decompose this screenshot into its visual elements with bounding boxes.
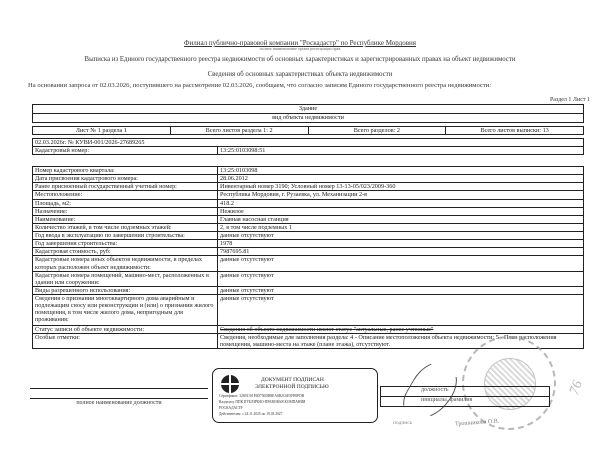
section-sheet-label: Раздел 1 Лист 1 <box>550 97 590 104</box>
row-label: Назначение: <box>33 207 218 215</box>
row-value: 2, в том числе подземных 1 <box>218 223 584 231</box>
signatory-name: инициалы, фамилия <box>380 396 550 407</box>
row-value: данные отсутствуют <box>218 271 584 286</box>
row-value: 28.06.2012 <box>218 175 584 183</box>
table-row: Кадастровые номера помещений, машино-мес… <box>33 271 584 286</box>
row-value: данные отсутствуют <box>218 286 584 294</box>
basis-text: На основании запроса от 02.03.2026, пост… <box>28 82 491 90</box>
table-row: Номер кадастрового квартала:13:25:010309… <box>33 167 584 175</box>
e-sign-line1: ДОКУМЕНТ ПОДПИСАН <box>261 377 324 383</box>
row-value: Республика Мордовия, г. Рузаевка, ул. Ме… <box>218 191 584 199</box>
position-block: полное наименование должности <box>30 388 208 407</box>
row-label: Номер кадастрового квартала: <box>33 167 218 175</box>
row-value: Нежилое <box>218 207 584 215</box>
row-label: Особые отметки: <box>33 334 218 349</box>
table-row: Кадастровая стоимость, руб:7987695.81 <box>33 248 584 256</box>
table-row: Назначение:Нежилое <box>33 207 584 215</box>
table-row: Площадь, м2:418.2 <box>33 199 584 207</box>
request-table: 02.03.2026г. № КУВИ-001/2026-27689265 Ка… <box>32 138 584 155</box>
table-row: Кадастровые номера иных объектов недвижи… <box>33 256 584 271</box>
row-label: Кадастровые номера помещений, машино-мес… <box>33 271 218 286</box>
row-label: Виды разрешенного использования: <box>33 286 218 294</box>
official-stamp <box>462 336 556 430</box>
info-title: Сведения об основных характеристиках объ… <box>0 71 600 79</box>
row-value: Сведения об объекте недвижимости имеют с… <box>218 326 584 334</box>
row-label: Местоположение: <box>33 191 218 199</box>
table-row: Год завершения строительства:1978 <box>33 240 584 248</box>
row-value: данные отсутствуют <box>218 295 584 326</box>
e-sign-line2: ЭЛЕКТРОННОЙ ПОДПИСЬЮ <box>255 384 329 390</box>
sheets-table: Лист № 1 раздела 1 Всего листов раздела … <box>32 126 584 135</box>
row-value: 418.2 <box>218 199 584 207</box>
signature-label: подпись <box>393 420 412 426</box>
table-row: Дата присвоения кадастрового номера:28.0… <box>33 175 584 183</box>
e-sign-owner: Владелец: ППК ПУБЛИЧНО-ПРАВОВАЯ КОМПАНИЯ <box>219 400 305 404</box>
table-row: Виды разрешенного использования:данные о… <box>33 286 584 294</box>
sheet-number: Лист № 1 раздела 1 <box>33 127 171 135</box>
row-label: Сведения о признании многоквартирного до… <box>33 295 218 326</box>
row-value: Главная насосная станция <box>218 215 584 223</box>
row-label: Дата присвоения кадастрового номера: <box>33 175 218 183</box>
table-row: Сведения о признании многоквартирного до… <box>33 295 584 326</box>
cadastral-number-label: Кадастровый номер: <box>33 147 218 155</box>
row-label: Статус записи об объекте недвижимости: <box>33 326 218 334</box>
row-label: Количество этажей, в том числе подземных… <box>33 223 218 231</box>
row-label: Год ввода в эксплуатацию по завершении с… <box>33 232 218 240</box>
table-row: Год ввода в эксплуатацию по завершении с… <box>33 232 584 240</box>
table-row: Статус записи об объекте недвижимости:Св… <box>33 326 584 334</box>
row-label: Кадастровые номера иных объектов недвижи… <box>33 256 218 271</box>
extract-title: Выписка из Единого государственного реес… <box>0 56 600 64</box>
handwritten-page-mark: 76 <box>567 379 587 398</box>
row-label: Кадастровая стоимость, руб: <box>33 248 218 256</box>
object-kind: Здание <box>33 105 584 114</box>
section-sheets-total: Всего листов раздела 1: 2 <box>170 127 308 135</box>
sections-total: Всего разделов: 2 <box>308 127 446 135</box>
row-label: Год завершения строительства: <box>33 240 218 248</box>
row-value: Инвентарный номер 3190; Условный номер 1… <box>218 183 584 191</box>
table-row: Ранее присвоенный государственный учетны… <box>33 183 584 191</box>
signature-logo-icon <box>221 375 239 393</box>
table-row: Местоположение:Республика Мордовия, г. Р… <box>33 191 584 199</box>
table-row: Количество этажей, в том числе подземных… <box>33 223 584 231</box>
signatory-block: должность инициалы, фамилия <box>380 386 550 406</box>
row-label: Ранее присвоенный государственный учетны… <box>33 183 218 191</box>
e-sign-org: РОСКАДАСТР <box>219 406 243 410</box>
organization-subtitle: полное наименование органа регистрации п… <box>0 47 600 52</box>
row-label: Наименование: <box>33 215 218 223</box>
object-kind-label: вид объекта недвижимости <box>33 114 584 123</box>
request-number: 02.03.2026г. № КУВИ-001/2026-27689265 <box>33 139 584 147</box>
object-kind-table: Здание вид объекта недвижимости <box>32 104 584 123</box>
extract-sheets-total: Всего листов выписки: 13 <box>446 127 584 135</box>
e-sign-cert: Сертификат: 32693101F6D756DB8EA0B2C6E5FB… <box>219 394 304 398</box>
row-value: 13:25:0103098 <box>218 167 584 175</box>
electronic-signature-box: ДОКУМЕНТ ПОДПИСАН ЭЛЕКТРОННОЙ ПОДПИСЬЮ С… <box>212 368 378 423</box>
position-label: полное наименование должности <box>30 400 208 407</box>
characteristics-table: Номер кадастрового квартала:13:25:010309… <box>32 166 584 349</box>
row-label: Площадь, м2: <box>33 199 218 207</box>
cadastral-number-value: 13:25:0103098:51 <box>218 147 584 155</box>
row-value: данные отсутствуют <box>218 232 584 240</box>
table-row: Наименование:Главная насосная станция <box>33 215 584 223</box>
row-value: данные отсутствуют <box>218 256 584 271</box>
row-value: 7987695.81 <box>218 248 584 256</box>
row-value: 1978 <box>218 240 584 248</box>
e-sign-valid: Действителен: с 24.11.2025 по 19.03.2027 <box>219 412 282 416</box>
